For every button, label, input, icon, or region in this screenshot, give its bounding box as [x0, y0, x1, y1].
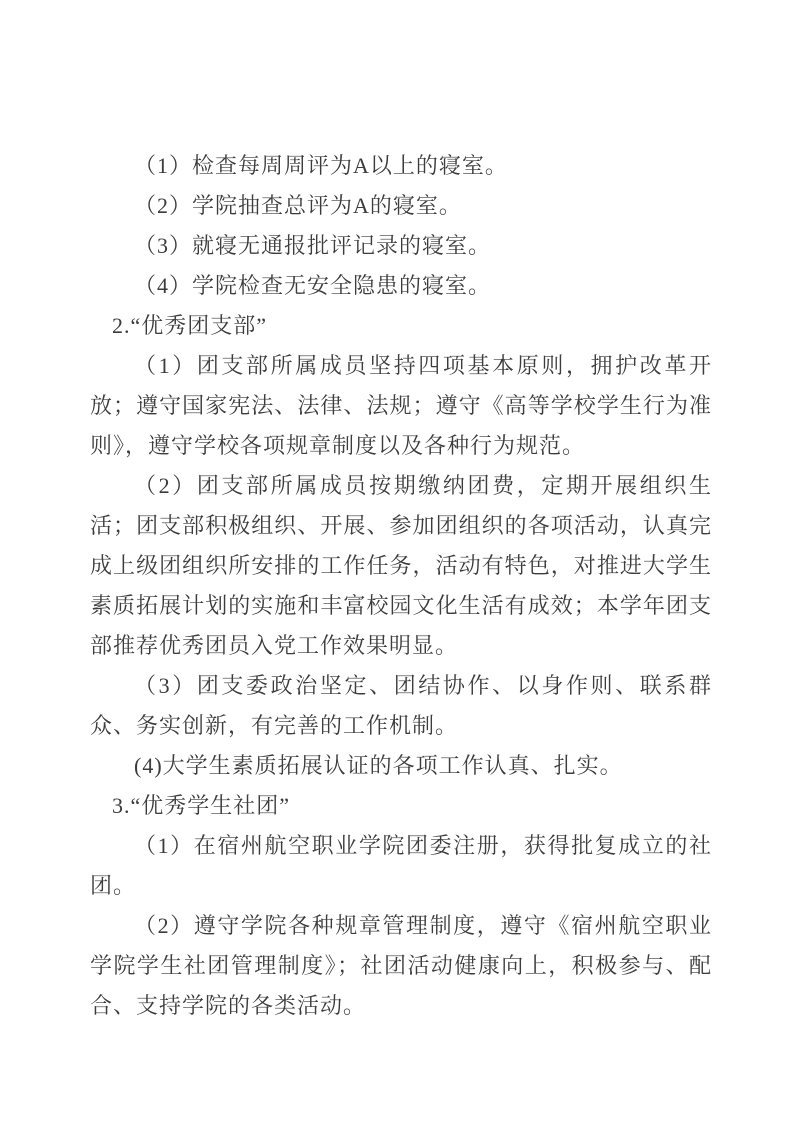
paragraph: （3）团支委政治坚定、团结协作、以身作则、联系群众、务实创新，有完善的工作机制。	[90, 666, 712, 746]
paragraph: （1）在宿州航空职业学院团委注册，获得批复成立的社团。	[90, 826, 712, 906]
list-item: （3）就寝无通报批评记录的寝室。	[90, 226, 712, 266]
document-page: （1）检查每周周评为A以上的寝室。 （2）学院抽查总评为A的寝室。 （3）就寝无…	[0, 0, 793, 1122]
section-heading: 3.“优秀学生社团”	[90, 786, 712, 826]
document-body: （1）检查每周周评为A以上的寝室。 （2）学院抽查总评为A的寝室。 （3）就寝无…	[90, 146, 712, 1026]
list-item: （2）学院抽查总评为A的寝室。	[90, 186, 712, 226]
paragraph: （1）团支部所属成员坚持四项基本原则，拥护改革开放；遵守国家宪法、法律、法规；遵…	[90, 346, 712, 466]
paragraph: （2）遵守学院各种规章管理制度，遵守《宿州航空职业学院学生社团管理制度》；社团活…	[90, 906, 712, 1026]
list-item: （4）学院检查无安全隐患的寝室。	[90, 266, 712, 306]
list-item: （1）检查每周周评为A以上的寝室。	[90, 146, 712, 186]
paragraph: （2）团支部所属成员按期缴纳团费，定期开展组织生活；团支部积极组织、开展、参加团…	[90, 466, 712, 666]
paragraph: (4)大学生素质拓展认证的各项工作认真、扎实。	[90, 746, 712, 786]
section-heading: 2.“优秀团支部”	[90, 306, 712, 346]
